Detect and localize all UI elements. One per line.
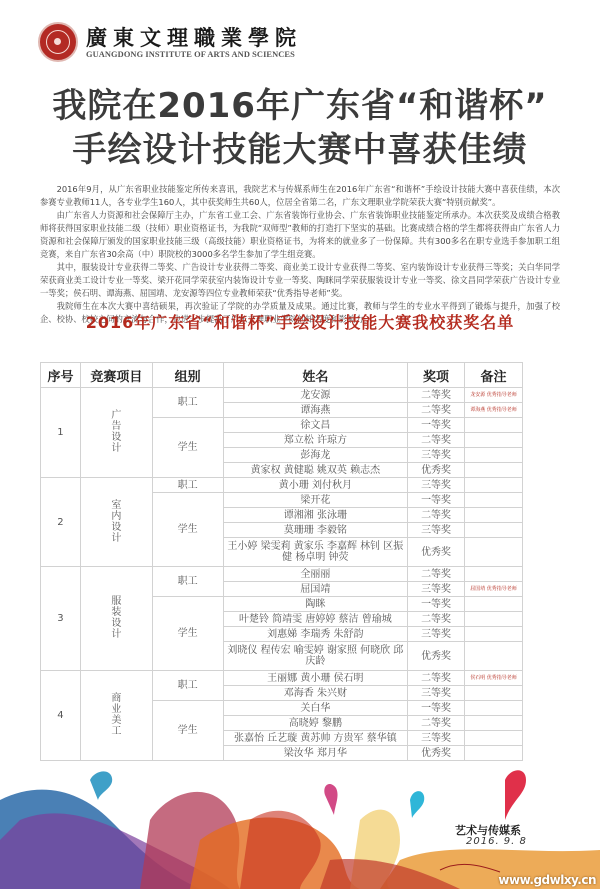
award-level: 优秀奖: [408, 538, 465, 567]
project-name: 商业美工: [80, 671, 152, 761]
remark: [465, 627, 523, 642]
article-body: 2016年9月，从广东省职业技能鉴定所传来喜讯，我院艺术与传媒系师生在2016年…: [40, 183, 560, 326]
header-cell: 组别: [152, 363, 223, 388]
group-label: 职工: [152, 388, 223, 418]
header-cell: 备注: [465, 363, 523, 388]
site-watermark: www.gdwlxy.cn: [498, 873, 596, 887]
remark: [465, 433, 523, 448]
table-row: 1 广告设计 职工 龙安源 二等奖 龙安源 优秀指导老师: [41, 388, 523, 403]
winner-names: 郑立松 许琼方: [223, 433, 408, 448]
remark: [465, 746, 523, 761]
section-number: 1: [41, 388, 81, 478]
paragraph: 由广东省人力资源和社会保障厅主办，广东省工业工会、广东省装饰行业协会、广东省装饰…: [40, 209, 560, 261]
project-name: 广告设计: [80, 388, 152, 478]
paragraph: 2016年9月，从广东省职业技能鉴定所传来喜讯，我院艺术与传媒系师生在2016年…: [40, 183, 560, 209]
award-level: 三等奖: [408, 627, 465, 642]
group-label: 职工: [152, 567, 223, 597]
school-name-en: GUANGDONG INSTITUTE OF ARTS AND SCIENCES: [86, 50, 302, 59]
winner-names: 彭海龙: [223, 448, 408, 463]
group-label: 学生: [152, 418, 223, 478]
winner-names: 张嘉怡 丘艺璇 黄苏帅 方贵军 蔡华镇: [223, 731, 408, 746]
award-level: 二等奖: [408, 508, 465, 523]
award-level: 二等奖: [408, 403, 465, 418]
award-level: 一等奖: [408, 493, 465, 508]
remark: [465, 508, 523, 523]
section-number: 3: [41, 567, 81, 671]
winner-names: 谭海燕: [223, 403, 408, 418]
group-label: 职工: [152, 671, 223, 701]
award-level: 优秀奖: [408, 642, 465, 671]
award-level: 三等奖: [408, 523, 465, 538]
remark: [465, 686, 523, 701]
group-label: 职工: [152, 478, 223, 493]
remark: [465, 478, 523, 493]
remark: [465, 597, 523, 612]
table-row: 4 商业美工 职工 王丽娜 黄小珊 侯石明 二等奖 侯石明 优秀指导老师: [41, 671, 523, 686]
winner-names: 龙安源: [223, 388, 408, 403]
award-level: 一等奖: [408, 418, 465, 433]
header-cell: 竞赛项目: [80, 363, 152, 388]
award-level: 一等奖: [408, 701, 465, 716]
project-name: 室内设计: [80, 478, 152, 567]
header-cell: 姓名: [223, 363, 408, 388]
winner-names: 刘晓仪 程传宏 喻雯婷 谢家照 何晓欣 邱庆龄: [223, 642, 408, 671]
remark: [465, 701, 523, 716]
page-title-line1: 我院在2016年广东省“和谐杯”: [0, 86, 600, 126]
group-label: 学生: [152, 597, 223, 671]
remark: 谭海燕 优秀指导老师: [465, 403, 523, 418]
award-table-title: 2016年广东省“和谐杯”手绘设计技能大赛我校获奖名单: [0, 310, 600, 333]
group-label: 学生: [152, 701, 223, 761]
table-row: 2 室内设计 职工 黄小珊 刘付秋月 三等奖: [41, 478, 523, 493]
winner-names: 关白华: [223, 701, 408, 716]
school-name-cn: 廣東文理職業學院: [86, 26, 302, 50]
winner-names: 谭湘湘 张泳珊: [223, 508, 408, 523]
award-level: 二等奖: [408, 388, 465, 403]
winner-names: 叶楚铃 简靖雯 唐婷婷 蔡洁 曾瑜城: [223, 612, 408, 627]
award-level: 三等奖: [408, 478, 465, 493]
winner-names: 王小婷 梁雯莉 黄家乐 李嘉辉 林钊 区振健 杨卓明 钟荧: [223, 538, 408, 567]
winner-names: 莫珊珊 李毅铭: [223, 523, 408, 538]
remark: [465, 731, 523, 746]
award-level: 二等奖: [408, 671, 465, 686]
winner-names: 高晓婷 黎鹏: [223, 716, 408, 731]
remark: [465, 642, 523, 671]
remark: [465, 493, 523, 508]
winner-names: 刘惠娣 李瑞秀 朱舒韵: [223, 627, 408, 642]
award-level: 优秀奖: [408, 746, 465, 761]
remark: 侯石明 优秀指导老师: [465, 671, 523, 686]
remark: [465, 463, 523, 478]
winner-names: 陶眯: [223, 597, 408, 612]
winner-names: 黄小珊 刘付秋月: [223, 478, 408, 493]
award-level: 优秀奖: [408, 463, 465, 478]
winner-names: 屈国靖: [223, 582, 408, 597]
remark: 龙安源 优秀指导老师: [465, 388, 523, 403]
award-level: 二等奖: [408, 612, 465, 627]
winner-names: 黄家权 黄健聪 姚双英 赖志杰: [223, 463, 408, 478]
paragraph: 其中，服装设计专业获得二等奖、广告设计专业获得二等奖、商业美工设计专业获得二等奖…: [40, 261, 560, 300]
remark: [465, 567, 523, 582]
award-level: 三等奖: [408, 582, 465, 597]
remark: 屈国靖 优秀指导老师: [465, 582, 523, 597]
award-level: 一等奖: [408, 597, 465, 612]
remark: [465, 716, 523, 731]
winner-names: 邓海香 朱兴财: [223, 686, 408, 701]
header-cell: 奖项: [408, 363, 465, 388]
award-level: 三等奖: [408, 731, 465, 746]
section-number: 4: [41, 671, 81, 761]
school-header: 廣東文理職業學院 GUANGDONG INSTITUTE OF ARTS AND…: [38, 22, 302, 62]
table-row: 3 服装设计 职工 全丽丽 二等奖: [41, 567, 523, 582]
award-level: 二等奖: [408, 433, 465, 448]
winner-names: 王丽娜 黄小珊 侯石明: [223, 671, 408, 686]
table-header-row: 序号 竞赛项目 组别 姓名 奖项 备注: [41, 363, 523, 388]
group-label: 学生: [152, 493, 223, 567]
winner-names: 梁开花: [223, 493, 408, 508]
winner-names: 徐文昌: [223, 418, 408, 433]
page-title-line2: 手绘设计技能大赛中喜获佳绩: [0, 130, 600, 170]
winner-names: 梁汝华 郑月华: [223, 746, 408, 761]
project-name: 服装设计: [80, 567, 152, 671]
award-level: 三等奖: [408, 686, 465, 701]
school-emblem-icon: [38, 22, 78, 62]
remark: [465, 523, 523, 538]
section-number: 2: [41, 478, 81, 567]
footer-date: 2016. 9. 8: [466, 836, 527, 847]
remark: [465, 538, 523, 567]
remark: [465, 418, 523, 433]
remark: [465, 448, 523, 463]
header-cell: 序号: [41, 363, 81, 388]
winner-names: 全丽丽: [223, 567, 408, 582]
award-table: 序号 竞赛项目 组别 姓名 奖项 备注 1 广告设计 职工 龙安源 二等奖 龙安…: [40, 362, 523, 761]
award-level: 三等奖: [408, 448, 465, 463]
remark: [465, 612, 523, 627]
award-level: 二等奖: [408, 567, 465, 582]
award-level: 二等奖: [408, 716, 465, 731]
